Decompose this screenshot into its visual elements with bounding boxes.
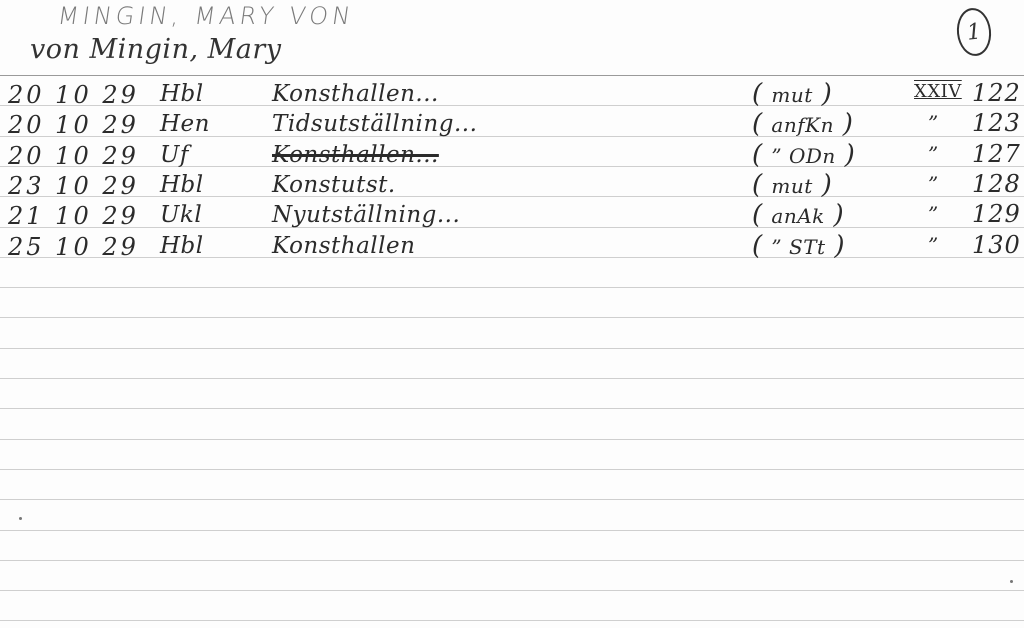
entry-number: 122 (972, 79, 1021, 107)
entry-date: 20 10 29 (8, 81, 139, 109)
entry-newspaper-code: Hbl (160, 172, 204, 198)
entry-date: 20 10 29 (8, 111, 139, 139)
scan-speck (19, 517, 22, 520)
entry-newspaper-code: Uf (160, 142, 189, 168)
entry-row: 20 10 29HenTidsutställning...anfKn”123 (0, 109, 1024, 139)
entry-newspaper-code: Hbl (160, 81, 204, 107)
circled-card-number: 1 (955, 6, 994, 57)
entry-newspaper-code: Hbl (160, 233, 204, 259)
entry-note: ” ODn (752, 140, 855, 170)
entry-number: 130 (972, 231, 1021, 259)
entry-row: 21 10 29UklNyutställning...anAk”129 (0, 200, 1024, 230)
entry-number: 129 (972, 200, 1021, 228)
handwritten-name-heading: von Mingin, Mary (30, 34, 282, 65)
ruled-line (0, 499, 1024, 500)
ruled-line (0, 439, 1024, 440)
ruled-line (0, 317, 1024, 318)
entry-title: Konsthallen (272, 233, 415, 259)
ruled-line (0, 287, 1024, 288)
entry-ditto-mark: ” (928, 142, 939, 166)
entry-title: Konsthallen... (272, 81, 439, 107)
entry-newspaper-code: Hen (160, 111, 210, 137)
entry-note: mut (752, 79, 832, 109)
entry-number: 128 (972, 170, 1021, 198)
ruled-line (0, 620, 1024, 621)
entry-date: 25 10 29 (8, 233, 139, 261)
entry-note: anfKn (752, 109, 853, 139)
entry-date: 23 10 29 (8, 172, 139, 200)
entry-title: Nyutställning... (272, 202, 460, 228)
scan-speck (1010, 580, 1013, 583)
index-card: MINGIN, MARY VON von Mingin, Mary 1 XXIV… (0, 0, 1024, 628)
entry-title: Tidsutställning... (272, 111, 477, 137)
ruled-line (0, 590, 1024, 591)
entry-title: Konstutst. (272, 172, 396, 198)
entry-date: 21 10 29 (8, 202, 139, 230)
typed-name-heading: MINGIN, MARY VON (56, 2, 356, 30)
entry-ditto-mark: ” (928, 233, 939, 257)
entry-row: 23 10 29HblKonstutst.mut”128 (0, 170, 1024, 200)
entry-ditto-mark: ” (928, 172, 939, 196)
ruled-line (0, 469, 1024, 470)
entry-ditto-mark: ” (928, 111, 939, 135)
entry-number: 123 (972, 109, 1021, 137)
entry-row: 20 10 29UfKonsthallen...” ODn”127 (0, 140, 1024, 170)
entry-ditto-mark: ” (928, 202, 939, 226)
ruled-line (0, 560, 1024, 561)
entry-note: anAk (752, 200, 844, 230)
entry-date: 20 10 29 (8, 142, 139, 170)
entry-title: Konsthallen... (272, 142, 439, 168)
entry-newspaper-code: Ukl (160, 202, 202, 228)
ruled-line (0, 75, 1024, 76)
ruled-line (0, 408, 1024, 409)
entry-note: ” STt (752, 231, 845, 261)
ruled-line (0, 378, 1024, 379)
entry-row: 20 10 29HblKonsthallen...mut122 (0, 79, 1024, 109)
ruled-line (0, 348, 1024, 349)
entry-row: 25 10 29HblKonsthallen” STt”130 (0, 231, 1024, 261)
entry-note: mut (752, 170, 832, 200)
entry-number: 127 (972, 140, 1021, 168)
ruled-line (0, 530, 1024, 531)
